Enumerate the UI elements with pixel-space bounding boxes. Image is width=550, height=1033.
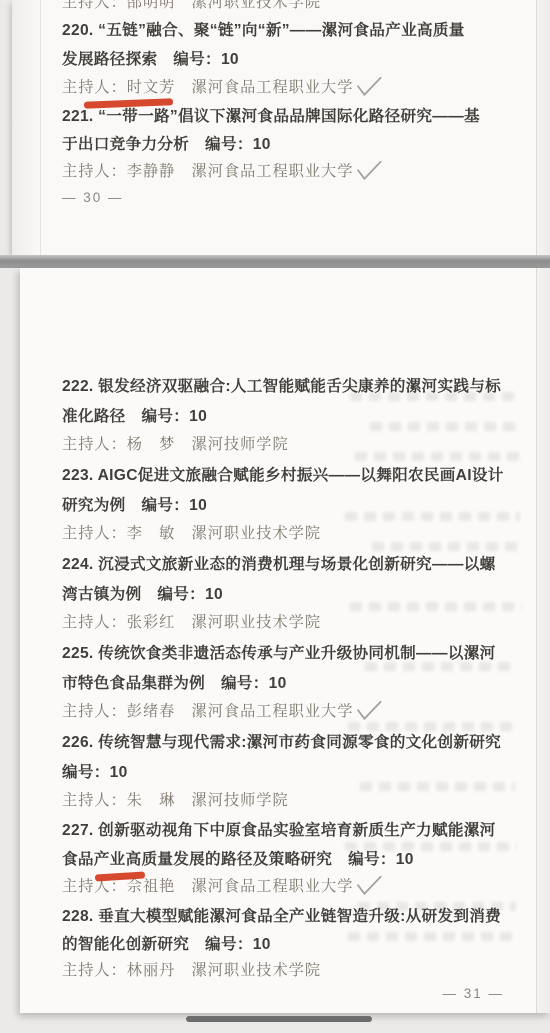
entry-227-title-line1: 227. 创新驱动视角下中原食品实验室培育新质生产力赋能漯河 — [62, 818, 496, 842]
entry-227-title-line2: 食品产业高质量发展的路径及策略研究 编号：10 — [62, 847, 414, 871]
entry-227-title-line2-text: 食品产业高质量发展的路径及策略研究 编号：10 — [62, 851, 414, 868]
entry-223-title-line1: 223. AIGC促进文旅融合赋能乡村振兴——以舞阳农民画AI设计 — [62, 463, 504, 487]
entry-221-title-line2-text: 于出口竞争力分析 编号：10 — [62, 136, 271, 153]
entry-224-title-line1-text: 224. 沉浸式文旅新业态的消费机理与场景化创新研究——以螺 — [62, 556, 496, 573]
entry-221-title-line1: 221. “一带一路”倡议下漯河食品品牌国际化路径研究——基 — [62, 104, 480, 128]
entry-225-title-line1: 225. 传统饮食类非遗活态传承与产业升级协同机制——以漯河 — [62, 641, 496, 665]
entry-224-title-line2: 湾古镇为例 编号：10 — [62, 582, 223, 606]
entry-223-title-line2-text: 研究为例 编号：10 — [62, 497, 207, 514]
entry-228-title-line1-text: 228. 垂直大模型赋能漯河食品全产业链智造升级:从研发到消费 — [62, 908, 501, 925]
entry-228-host-line: 主持人：林丽丹 漯河职业技术学院 — [62, 959, 321, 983]
entry-224-title-line1: 224. 沉浸式文旅新业态的消费机理与场景化创新研究——以螺 — [62, 552, 496, 576]
entry-225-title-line1-text: 225. 传统饮食类非遗活态传承与产业升级协同机制——以漯河 — [62, 645, 496, 662]
entry-220-host-line-text: 主持人：时文芳 漯河食品工程职业大学 — [62, 79, 353, 96]
entry-225-title-line2-text: 市特色食品集群为例 编号：10 — [62, 675, 287, 692]
entry-223-title-line2: 研究为例 编号：10 — [62, 493, 207, 517]
ink-bleedthrough-texture — [348, 932, 513, 941]
page-left-crease — [40, 0, 41, 258]
ink-bleedthrough-texture — [350, 602, 522, 611]
checkmark-icon — [356, 75, 383, 98]
page-number: — 31 — — [442, 986, 504, 1010]
entry-222-host-line-text: 主持人：杨 梦 漯河技师学院 — [62, 436, 289, 453]
page-right-shade — [537, 0, 550, 258]
entry-226-host-line-text: 主持人：朱 琳 漯河技师学院 — [62, 792, 289, 809]
entry-222-host-line: 主持人：杨 梦 漯河技师学院 — [62, 433, 289, 457]
entry-225-host-line-text: 主持人：彭绪春 漯河食品工程职业大学 — [62, 703, 353, 720]
entry-224-host-line: 主持人：张彩红 漯河职业技术学院 — [62, 611, 321, 635]
entry-221-host-line-text: 主持人：李静静 漯河食品工程职业大学 — [62, 163, 353, 180]
ink-bleedthrough-texture — [370, 422, 515, 431]
page-number: — 30 — — [62, 190, 124, 214]
entry-223-host-line: 主持人：李 敏 漯河职业技术学院 — [62, 522, 321, 546]
host-line-partial-text: 主持人：邵明明 漯河职业技术学院 — [62, 0, 321, 11]
checkmark-icon — [356, 874, 383, 897]
page-number-text: — 31 — — [442, 986, 504, 1001]
checkmark-icon — [356, 159, 383, 182]
page-number-text: — 30 — — [62, 190, 124, 205]
entry-228-title-line2: 的智能化创新研究 编号：10 — [62, 932, 271, 956]
entry-221-host-line: 主持人：李静静 漯河食品工程职业大学 — [62, 160, 382, 184]
ink-bleedthrough-texture — [345, 512, 520, 521]
entry-226-title-line2: 编号：10 — [62, 760, 128, 784]
entry-225-title-line2: 市特色食品集群为例 编号：10 — [62, 671, 287, 695]
entry-221-title-line2: 于出口竞争力分析 编号：10 — [62, 132, 271, 156]
entry-222-title-line1: 222. 银发经济双驱融合:人工智能赋能舌尖康养的漯河实践与标 — [62, 374, 501, 398]
entry-226-title-line1: 226. 传统智慧与现代需求:漯河市药食同源零食的文化创新研究 — [62, 730, 501, 754]
entry-226-title-line1-text: 226. 传统智慧与现代需求:漯河市药食同源零食的文化创新研究 — [62, 734, 501, 751]
entry-220-title-line1-text: 220. “五链”融合、聚“链”向“新”——漯河食品产业高质量 — [62, 22, 465, 39]
host-line-partial: 主持人：邵明明 漯河职业技术学院 — [62, 0, 321, 15]
document-photo: 主持人：邵明明 漯河职业技术学院220. “五链”融合、聚“链”向“新”——漯河… — [0, 0, 550, 1033]
ink-bleedthrough-texture — [372, 542, 517, 551]
entry-222-title-line1-text: 222. 银发经济双驱融合:人工智能赋能舌尖康养的漯河实践与标 — [62, 378, 501, 395]
entry-228-title-line2-text: 的智能化创新研究 编号：10 — [62, 936, 271, 953]
checkmark-icon — [356, 699, 383, 722]
entry-222-title-line2: 准化路径 编号：10 — [62, 404, 207, 428]
page-left-shade — [12, 0, 40, 258]
entry-224-host-line-text: 主持人：张彩红 漯河职业技术学院 — [62, 614, 321, 631]
page-right-shade — [537, 268, 550, 1013]
ink-bleedthrough-texture — [355, 452, 520, 461]
entry-224-title-line2-text: 湾古镇为例 编号：10 — [62, 586, 223, 603]
entry-223-title-line1-text: 223. AIGC促进文旅融合赋能乡村振兴——以舞阳农民画AI设计 — [62, 467, 504, 484]
entry-226-title-line2-text: 编号：10 — [62, 764, 128, 781]
entry-226-host-line: 主持人：朱 琳 漯河技师学院 — [62, 789, 289, 813]
entry-220-host-line: 主持人：时文芳 漯河食品工程职业大学 — [62, 76, 382, 100]
page-gap-divider — [0, 255, 550, 268]
entry-227-title-line1-text: 227. 创新驱动视角下中原食品实验室培育新质生产力赋能漯河 — [62, 822, 496, 839]
entry-221-title-line1-text: 221. “一带一路”倡议下漯河食品品牌国际化路径研究——基 — [62, 108, 480, 125]
entry-220-title-line2-text: 发展路径探索 编号：10 — [62, 51, 239, 68]
entry-222-title-line2-text: 准化路径 编号：10 — [62, 408, 207, 425]
entry-228-title-line1: 228. 垂直大模型赋能漯河食品全产业链智造升级:从研发到消费 — [62, 904, 501, 928]
ink-bleedthrough-texture — [360, 782, 515, 791]
entry-220-title-line1: 220. “五链”融合、聚“链”向“新”——漯河食品产业高质量 — [62, 18, 465, 42]
entry-220-title-line2: 发展路径探索 编号：10 — [62, 47, 239, 71]
entry-228-host-line-text: 主持人：林丽丹 漯河职业技术学院 — [62, 962, 321, 979]
entry-223-host-line-text: 主持人：李 敏 漯河职业技术学院 — [62, 525, 321, 542]
entry-225-host-line: 主持人：彭绪春 漯河食品工程职业大学 — [62, 700, 382, 724]
screen-bottom-bar — [186, 1016, 372, 1022]
